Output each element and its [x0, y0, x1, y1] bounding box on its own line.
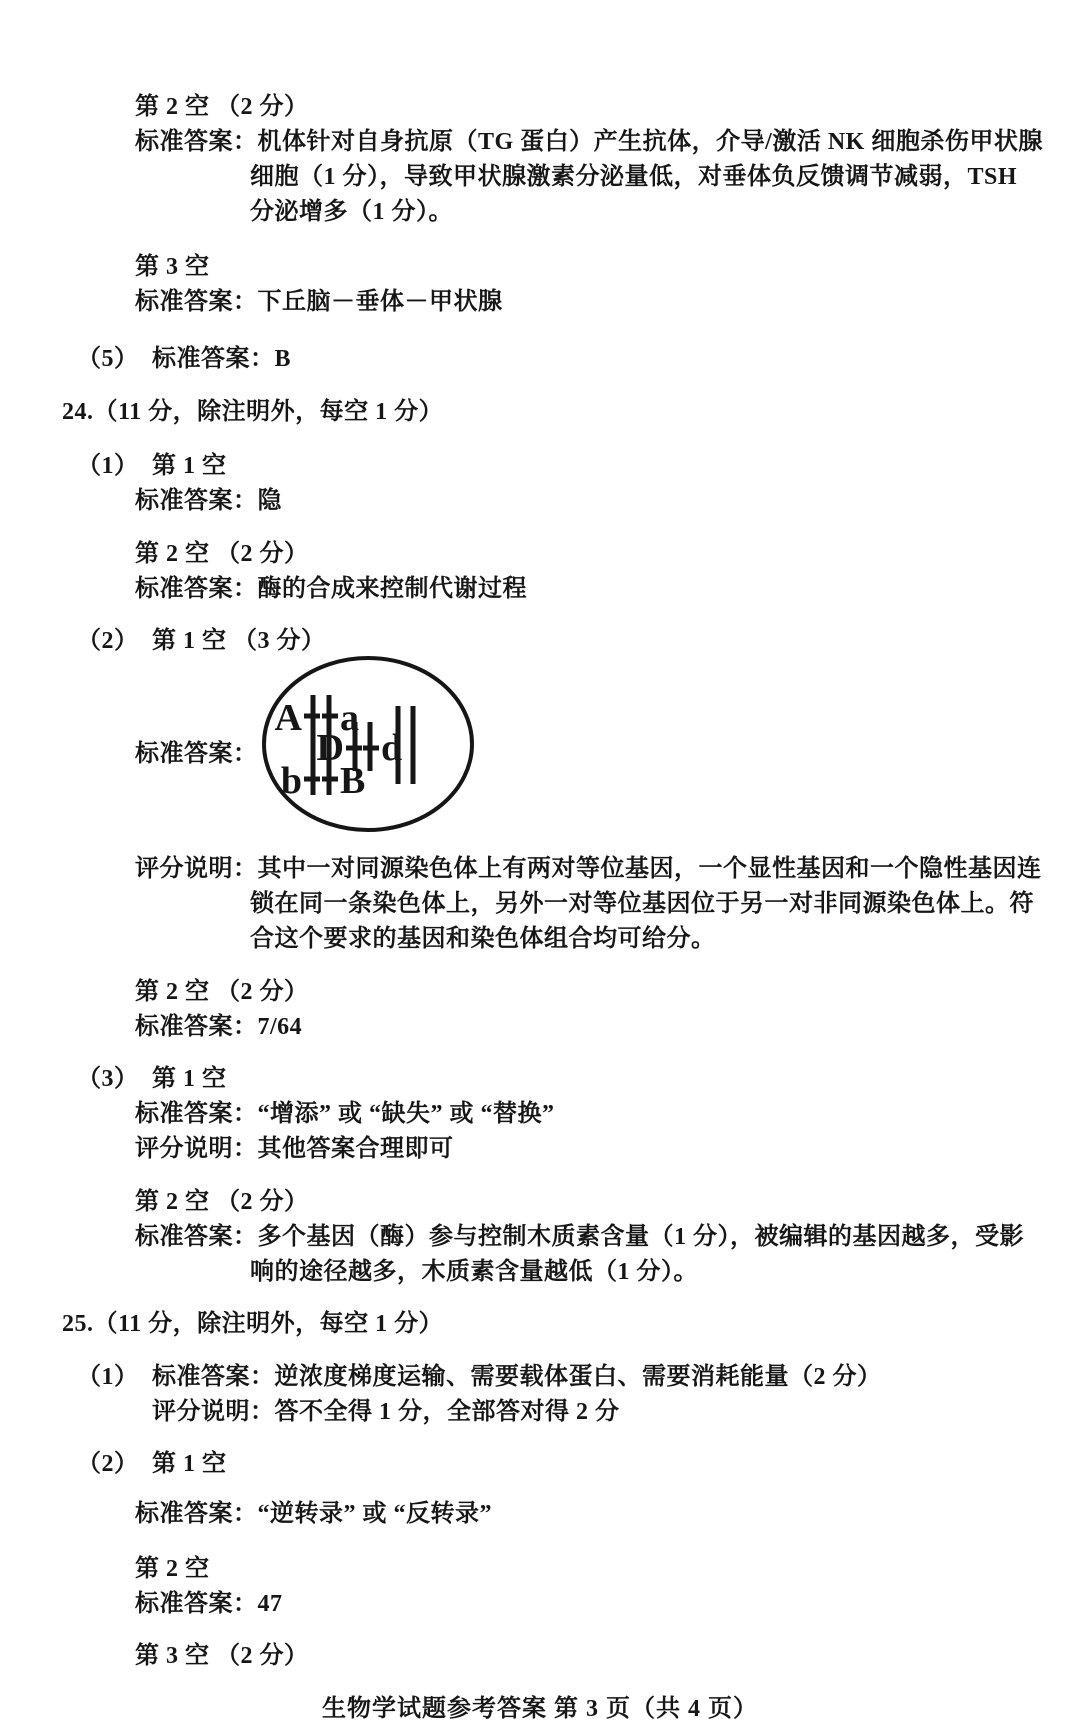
q25-item2-marker: （2）: [77, 1447, 152, 1481]
q25-header: 25.（11 分，除注明外，每空 1 分）: [62, 1307, 443, 1341]
q24-item1-row: （1）第 1 空: [77, 449, 227, 483]
q24-item1-blank2-answer: 标准答案：酶的合成来控制代谢过程: [135, 572, 527, 606]
q23-item5-answer: 标准答案：B: [152, 346, 291, 372]
q24-item3-blank1-header: 第 1 空: [152, 1066, 227, 1092]
q24-item2-note-line1: 评分说明：其中一对同源染色体上有两对等位基因，一个显性基因和一个隐性基因连: [135, 852, 1042, 886]
q23-blank3-header: 第 3 空: [135, 250, 210, 284]
q24-item2-note-line3: 合这个要求的基因和染色体组合均可给分。: [250, 922, 716, 956]
q25-item1-row: （1）标准答案：逆浓度梯度运输、需要载体蛋白、需要消耗能量（2 分）: [77, 1360, 882, 1394]
q23-item5-marker: （5）: [77, 342, 152, 376]
q24-item3-blank1-answer: 标准答案：“增添” 或 “缺失” 或 “替换”: [135, 1097, 555, 1131]
q24-item3-blank1-note: 评分说明：其他答案合理即可: [135, 1132, 454, 1166]
q24-item2-blank2-answer: 标准答案：7/64: [135, 1010, 302, 1044]
q25-item2-blank3-header: 第 3 空 （2 分）: [135, 1639, 309, 1673]
q24-item3-marker: （3）: [77, 1062, 152, 1096]
q24-item1-blank1-header: 第 1 空: [152, 453, 227, 479]
q23-blank3-answer: 标准答案：下丘脑－垂体－甲状腺: [135, 285, 503, 319]
q24-item2-answer-label: 标准答案：: [135, 737, 258, 771]
q23-blank2-answer-line3: 分泌增多（1 分）。: [250, 195, 453, 229]
q25-item2-blank1-header: 第 1 空: [152, 1451, 227, 1477]
q25-item2-blank2-header: 第 2 空: [135, 1552, 210, 1586]
q23-item5-row: （5）标准答案：B: [77, 342, 291, 376]
q24-item1-blank1-answer: 标准答案：隐: [135, 484, 282, 518]
q25-item2-blank2-answer: 标准答案：47: [135, 1587, 283, 1621]
answer-key-page: 第 2 空 （2 分） 标准答案：机体针对自身抗原（TG 蛋白）产生抗体，介导/…: [0, 0, 1080, 1733]
q23-blank2-header: 第 2 空 （2 分）: [135, 90, 309, 124]
q23-blank2-answer-line2: 细胞（1 分），导致甲状腺激素分泌量低，对垂体负反馈调节减弱，TSH: [250, 160, 1017, 194]
page-footer: 生物学试题参考答案 第 3 页（共 4 页）: [0, 1692, 1080, 1726]
q23-blank2-answer-line1: 标准答案：机体针对自身抗原（TG 蛋白）产生抗体，介导/激活 NK 细胞杀伤甲状…: [135, 125, 1043, 159]
q24-item2-marker: （2）: [77, 624, 152, 658]
q25-item1-answer: 标准答案：逆浓度梯度运输、需要载体蛋白、需要消耗能量（2 分）: [152, 1364, 882, 1390]
q24-item2-note-line2: 锁在同一条染色体上，另外一对等位基因位于另一对非同源染色体上。符: [250, 887, 1034, 921]
q25-item1-marker: （1）: [77, 1360, 152, 1394]
gene-label-d: d: [381, 727, 402, 769]
cell-chromosome-diagram: A a D d b B: [256, 650, 478, 836]
gene-label-A: A: [275, 697, 303, 739]
gene-label-B: B: [340, 760, 365, 802]
q24-item3-blank2-answer-line1: 标准答案：多个基因（酶）参与控制木质素含量（1 分），被编辑的基因越多，受影: [135, 1220, 1024, 1254]
q24-item3-blank2-answer-line2: 响的途径越多，木质素含量越低（1 分）。: [250, 1255, 698, 1289]
q25-item2-blank1-answer: 标准答案：“逆转录” 或 “反转录”: [135, 1497, 492, 1531]
q25-item2-row: （2）第 1 空: [77, 1447, 227, 1481]
q24-header: 24.（11 分，除注明外，每空 1 分）: [62, 395, 443, 429]
q24-item3-blank2-header: 第 2 空 （2 分）: [135, 1185, 309, 1219]
q24-item2-blank2-header: 第 2 空 （2 分）: [135, 975, 309, 1009]
gene-label-b: b: [281, 760, 302, 802]
q25-item1-note: 评分说明：答不全得 1 分，全部答对得 2 分: [152, 1395, 620, 1429]
q24-item1-blank2-header: 第 2 空 （2 分）: [135, 537, 309, 571]
q24-item1-marker: （1）: [77, 449, 152, 483]
q24-item3-row: （3）第 1 空: [77, 1062, 227, 1096]
